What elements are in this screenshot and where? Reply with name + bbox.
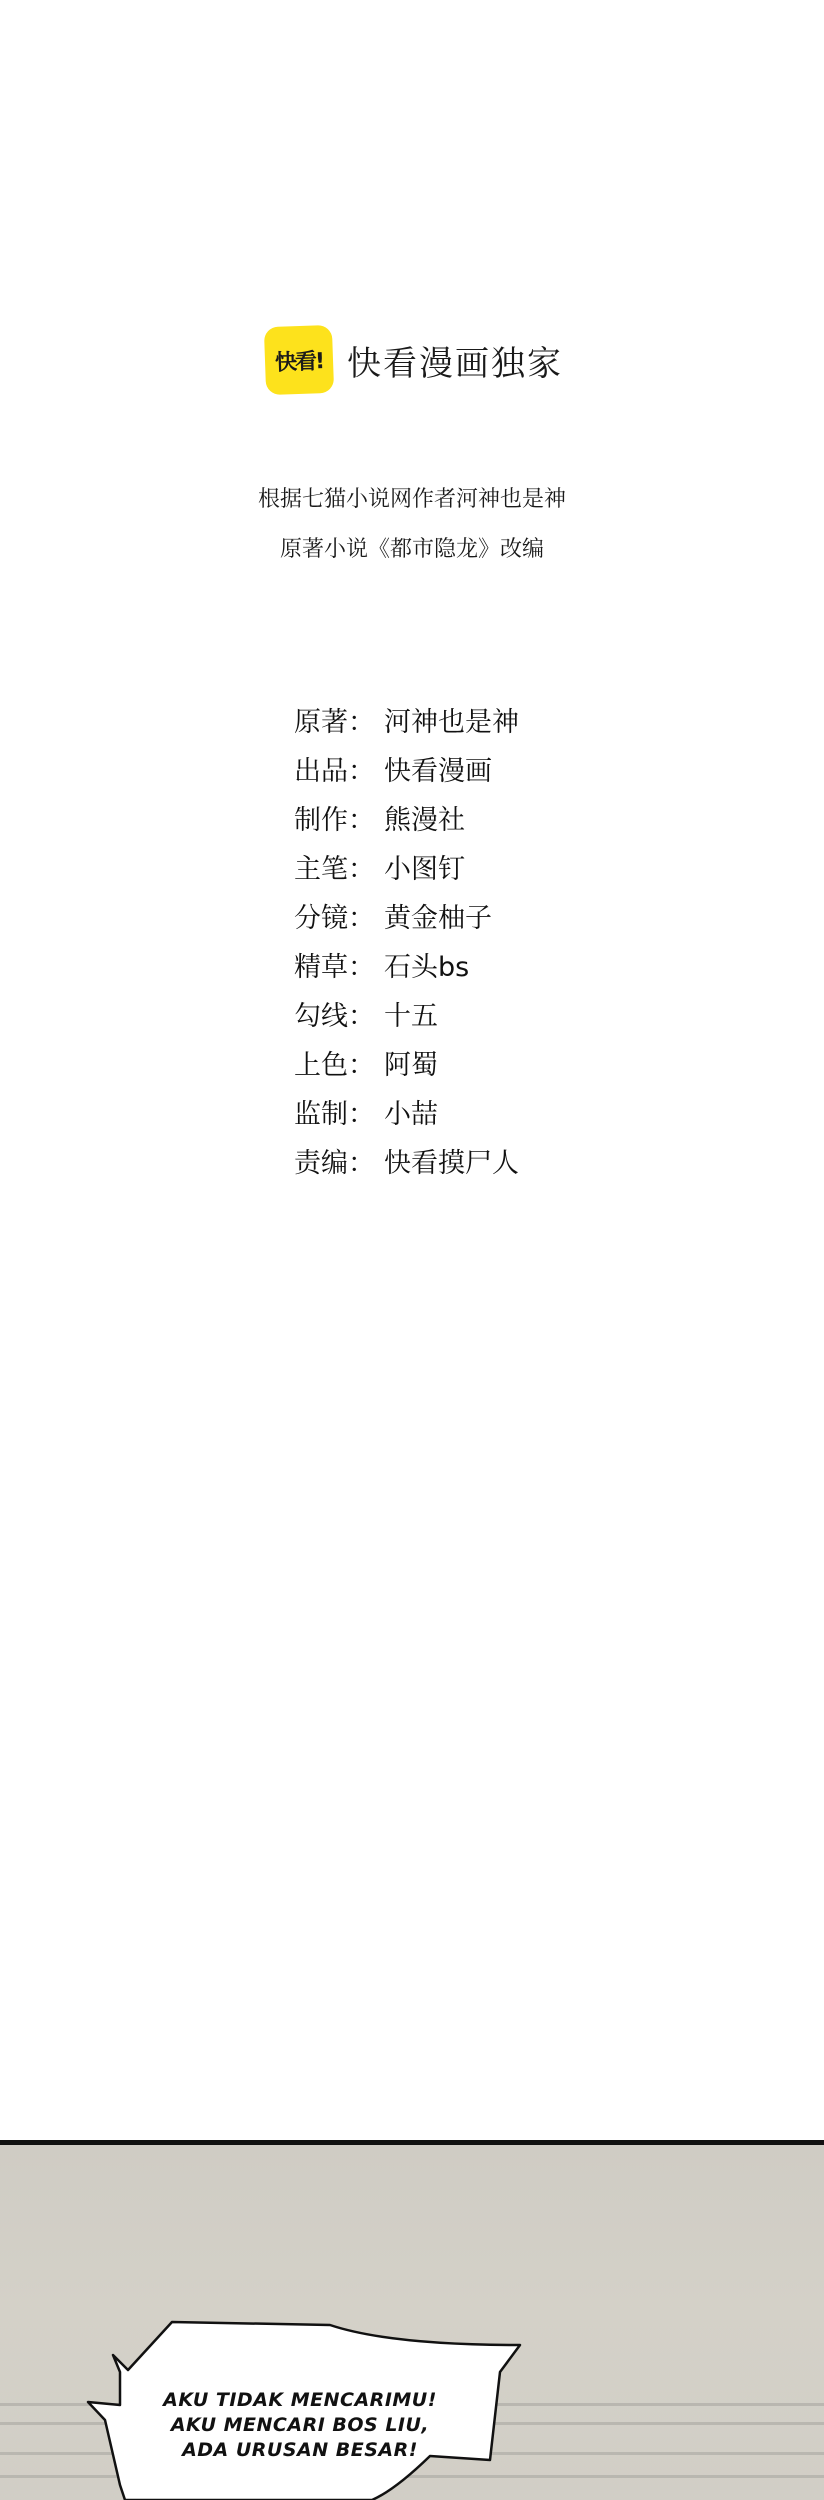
brand-name: 快看漫画独家 <box>347 336 563 385</box>
credit-role: 监制： <box>294 1090 384 1139</box>
speech-line: AKU MENCARI BOS LIU, <box>140 2413 460 2438</box>
credit-name: 快看漫画 <box>384 747 492 796</box>
kuaikan-logo-icon: 快看! <box>264 325 334 395</box>
credit-role: 勾线： <box>294 992 384 1041</box>
credit-name: 石头bs <box>384 943 469 992</box>
credit-name: 黄金柚子 <box>384 894 492 943</box>
credit-role: 主笔： <box>294 845 384 894</box>
credit-name: 阿蜀 <box>384 1041 438 1090</box>
speech-line: ADA URUSAN BESAR! <box>140 2438 460 2463</box>
credit-name: 快看摸尸人 <box>384 1139 519 1188</box>
credit-role: 出品： <box>294 747 384 796</box>
credit-row: 制作：熊漫社 <box>294 796 519 845</box>
intro-line-1: 根据七猫小说网作者河神也是神 <box>0 476 824 524</box>
credit-role: 原著： <box>294 698 384 747</box>
credit-role: 精草： <box>294 943 384 992</box>
credit-role: 制作： <box>294 796 384 845</box>
wall-line <box>0 2475 824 2478</box>
credit-name: 河神也是神 <box>384 698 519 747</box>
credit-row: 主笔：小图钉 <box>294 845 519 894</box>
credit-row: 原著：河神也是神 <box>294 698 519 747</box>
intro-line-2: 原著小说《都市隐龙》改编 <box>0 526 824 574</box>
credit-row: 精草：石头bs <box>294 943 519 992</box>
credits-list: 原著：河神也是神 出品：快看漫画 制作：熊漫社 主笔：小图钉 分镜：黄金柚子 精… <box>294 698 519 1188</box>
speech-line: AKU TIDAK MENCARIMU! <box>140 2388 460 2413</box>
credit-name: 小喆 <box>384 1090 438 1139</box>
credit-row: 上色：阿蜀 <box>294 1041 519 1090</box>
speech-bubble-text: AKU TIDAK MENCARIMU! AKU MENCARI BOS LIU… <box>140 2388 460 2463</box>
credit-row: 责编：快看摸尸人 <box>294 1139 519 1188</box>
credit-name: 小图钉 <box>384 845 465 894</box>
credit-role: 责编： <box>294 1139 384 1188</box>
credit-row: 监制：小喆 <box>294 1090 519 1139</box>
credit-name: 熊漫社 <box>384 796 465 845</box>
brand-header: 快看! 快看漫画独家 <box>265 326 563 394</box>
credit-row: 出品：快看漫画 <box>294 747 519 796</box>
credit-name: 十五 <box>384 992 438 1041</box>
credit-role: 上色： <box>294 1041 384 1090</box>
credit-row: 分镜：黄金柚子 <box>294 894 519 943</box>
credit-row: 勾线：十五 <box>294 992 519 1041</box>
credit-role: 分镜： <box>294 894 384 943</box>
